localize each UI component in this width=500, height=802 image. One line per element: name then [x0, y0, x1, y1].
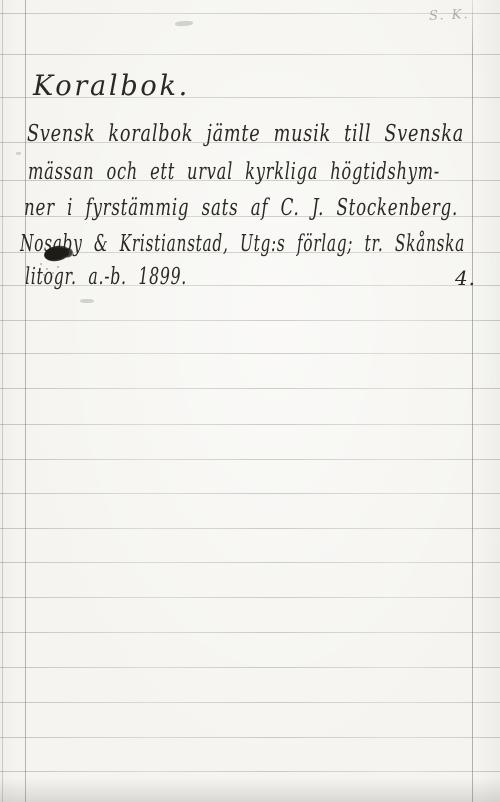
entry-text-line: mässan och ett urval kyrkliga högtidshym…	[28, 161, 440, 184]
ink-speck	[40, 263, 42, 265]
handwriting-layer: S. K. Koralbok. Svensk koralbok jämte mu…	[0, 0, 500, 802]
ink-speck	[52, 272, 54, 274]
ink-speck	[57, 266, 59, 268]
entry-title: Koralbok.	[33, 72, 190, 100]
catalog-card-page: S. K. Koralbok. Svensk koralbok jämte mu…	[0, 0, 500, 802]
entry-number: 4.	[455, 268, 476, 288]
entry-text-line: Svensk koralbok jämte musik till Svenska	[27, 123, 464, 146]
ink-speck	[46, 268, 48, 270]
shelf-mark: S. K.	[429, 7, 470, 24]
entry-text-line: ner i fyrstämmig sats af C. J. Stockenbe…	[24, 197, 458, 220]
entry-text-line: litogr. a.-b. 1899.	[25, 266, 187, 289]
entry-text-line: Nosaby & Kristianstad, Utg:s förlag; tr.…	[20, 233, 465, 256]
ink-speck	[43, 274, 45, 276]
